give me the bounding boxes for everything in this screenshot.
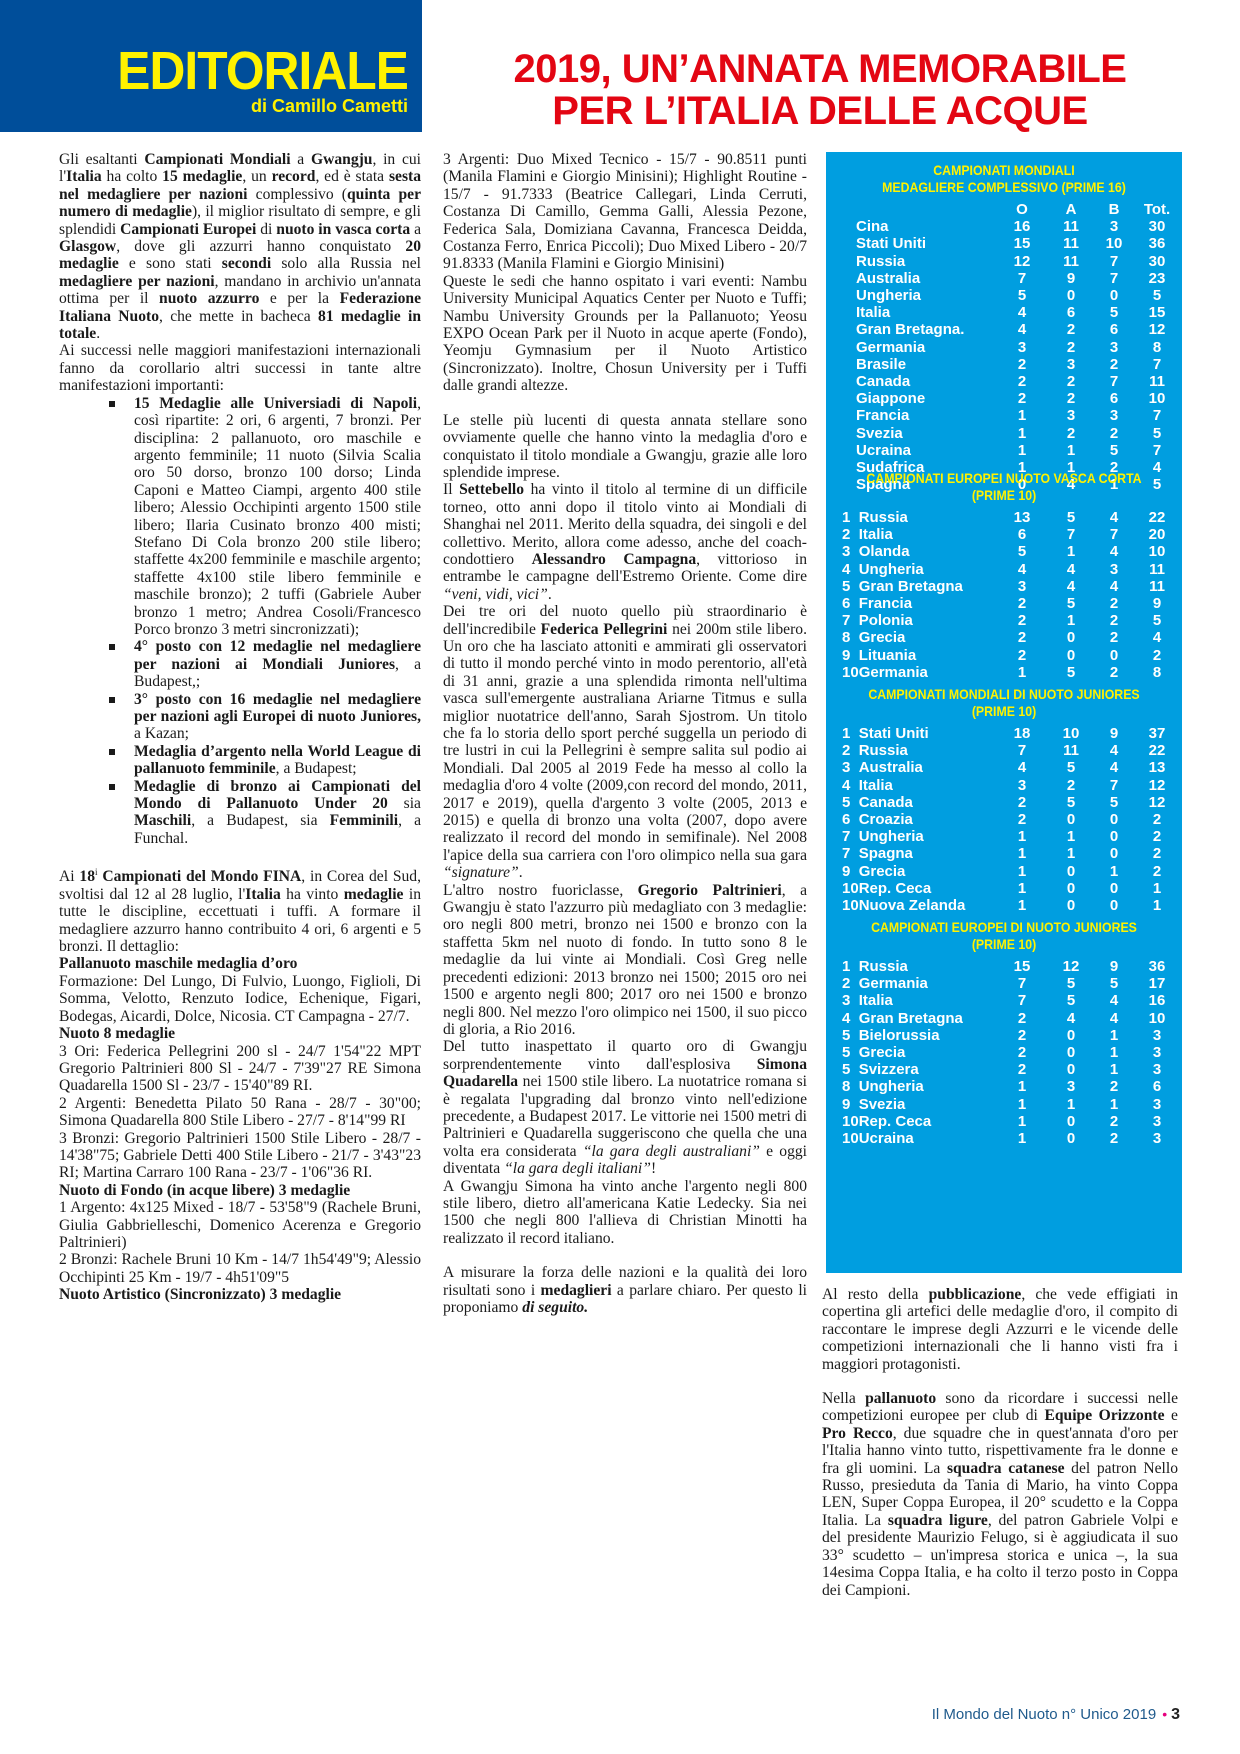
artistico-heading: Nuoto Artistico (Sincronizzato) 3 medagl… (59, 1286, 421, 1303)
table-row: 8Ungheria1326 (826, 1078, 1182, 1095)
table-row: Canada22711 (826, 373, 1182, 390)
table-row: Cina1611330 (826, 218, 1182, 235)
artistico-text: 3 Argenti: Duo Mixed Tecnico - 15/7 - 90… (443, 151, 807, 273)
table-row: Gran Bretagna.42612 (826, 321, 1182, 338)
list-item: 3° posto con 16 medaglie nel medagliere … (59, 691, 421, 743)
spacer (443, 395, 807, 412)
article-column-3: Al resto della pubblicazione, che vede e… (822, 1286, 1178, 1599)
pellegrini-paragraph: Dei tre ori del nuoto quello più straord… (443, 603, 807, 882)
spacer (443, 1247, 807, 1264)
list-item: Medaglia d’argento nella World League di… (59, 743, 421, 778)
table-row: 8Grecia2024 (826, 629, 1182, 646)
table-row: 10Rep. Ceca1001 (826, 880, 1182, 897)
publication-name: Il Mondo del Nuoto n° Unico 2019 (932, 1706, 1156, 1723)
successes-list: 15 Medaglie alle Universiadi di Napoli, … (59, 395, 421, 848)
medal-table-title: CAMPIONATI MONDIALIMEDAGLIERE COMPLESSIV… (847, 162, 1160, 196)
table-row: 1Russia135422 (826, 509, 1182, 526)
medal-table: 1Russia15129362Germania755173Italia75416… (826, 958, 1182, 1147)
fondo-heading: Nuoto di Fondo (in acque libere) 3 medag… (59, 1182, 421, 1199)
medal-table-european-juniors: CAMPIONATI EUROPEI DI NUOTO JUNIORES(PRI… (826, 919, 1182, 1147)
table-row: 3Italia75416 (826, 992, 1182, 1009)
table-row: Ungheria5005 (826, 287, 1182, 304)
spacer (822, 1373, 1178, 1390)
fondo-bronzi: 2 Bronzi: Rachele Bruni 10 Km - 14/7 1h5… (59, 1251, 421, 1286)
table-row: 10Ucraina1023 (826, 1130, 1182, 1147)
table-row: 5Grecia2013 (826, 1044, 1182, 1061)
table-row: 6Croazia2002 (826, 811, 1182, 828)
table-row: 7Polonia2125 (826, 612, 1182, 629)
intro-paragraph: Gli esaltanti Campionati Mondiali a Gwan… (59, 151, 421, 342)
stars-paragraph: Le stelle più lucenti di questa annata s… (443, 412, 807, 482)
medal-table-world: CAMPIONATI MONDIALIMEDAGLIERE COMPLESSIV… (826, 162, 1182, 493)
table-row: Italia46515 (826, 304, 1182, 321)
table-row: 10Germania1528 (826, 664, 1182, 681)
medal-table-title: CAMPIONATI EUROPEI DI NUOTO JUNIORES(PRI… (847, 919, 1160, 953)
successes-intro: Ai successi nelle maggiori manifestazion… (59, 342, 421, 394)
nuoto-heading: Nuoto 8 medaglie (59, 1025, 421, 1042)
table-row: 6Francia2529 (826, 595, 1182, 612)
medal-table-title: CAMPIONATI EUROPEI NUOTO VASCA CORTA(PRI… (847, 470, 1160, 504)
list-item: 15 Medaglie alle Universiadi di Napoli, … (59, 395, 421, 639)
editorial-banner: EDITORIALE di Camillo Cametti (0, 0, 422, 132)
table-row: Stati Uniti15111036 (826, 235, 1182, 252)
table-header-row: OABTot. (826, 201, 1182, 218)
nuoto-bronzi: 3 Bronzi: Gregorio Paltrinieri 1500 Stil… (59, 1130, 421, 1182)
nuoto-argenti: 2 Argenti: Benedetta Pilato 50 Rana - 28… (59, 1095, 421, 1130)
table-row: 7Ungheria1102 (826, 828, 1182, 845)
bullet-dot-icon: • (1162, 1706, 1167, 1722)
table-row: 9Lituania2002 (826, 647, 1182, 664)
page-number: 3 (1171, 1706, 1180, 1723)
table-row: 4Italia32712 (826, 777, 1182, 794)
table-row: 9Grecia1012 (826, 863, 1182, 880)
medal-table: 1Russia1354222Italia677203Olanda514104Un… (826, 509, 1182, 681)
table-row: 1Stati Uniti1810937 (826, 725, 1182, 742)
article-headline: 2019, UN’ANNATA MEMORABILE PER L’ITALIA … (440, 48, 1200, 132)
spacer (59, 847, 421, 864)
settebello-paragraph: Il Settebello ha vinto il titolo al term… (443, 481, 807, 603)
table-row: 3Australia45413 (826, 759, 1182, 776)
table-row: Germania3238 (826, 339, 1182, 356)
medal-table: 1Stati Uniti18109372Russia7114223Austral… (826, 725, 1182, 914)
list-item: Medaglie di bronzo ai Campionati del Mon… (59, 778, 421, 848)
table-row: Brasile2327 (826, 356, 1182, 373)
fina-paragraph: Ai 18i Campionati del Mondo FINA, in Cor… (59, 864, 421, 955)
quadarella-paragraph-2: A Gwangju Simona ha vinto anche l'argent… (443, 1178, 807, 1248)
nuoto-ori: 3 Ori: Federica Pellegrini 200 sl - 24/7… (59, 1043, 421, 1095)
medaglieri-paragraph: A misurare la forza delle nazioni e la q… (443, 1264, 807, 1316)
table-row: 2Russia711422 (826, 742, 1182, 759)
medal-table: OABTot.Cina1611330Stati Uniti15111036Rus… (826, 201, 1182, 493)
author-byline: di Camillo Cametti (60, 96, 408, 117)
table-row: Ucraina1157 (826, 442, 1182, 459)
section-title: EDITORIALE (77, 44, 408, 98)
table-row: 3Olanda51410 (826, 543, 1182, 560)
table-row: 7Spagna1102 (826, 845, 1182, 862)
table-row: 2Italia67720 (826, 526, 1182, 543)
fondo-argento: 1 Argento: 4x125 Mixed - 18/7 - 53'58"9 … (59, 1199, 421, 1251)
medal-table-title: CAMPIONATI MONDIALI DI NUOTO JUNIORES(PR… (847, 686, 1160, 720)
table-row: 10Rep. Ceca1023 (826, 1113, 1182, 1130)
headline-line-1: 2019, UN’ANNATA MEMORABILE (440, 48, 1200, 90)
table-row: 4Ungheria44311 (826, 561, 1182, 578)
table-row: 5Svizzera2013 (826, 1061, 1182, 1078)
quadarella-paragraph: Del tutto inaspettato il quarto oro di G… (443, 1038, 807, 1177)
table-row: 5Bielorussia2013 (826, 1027, 1182, 1044)
pubblicazione-paragraph: Al resto della pubblicazione, che vede e… (822, 1286, 1178, 1373)
table-row: Giappone22610 (826, 390, 1182, 407)
table-row: 1Russia1512936 (826, 958, 1182, 975)
table-row: 2Germania75517 (826, 975, 1182, 992)
paltrinieri-paragraph: L'altro nostro fuoriclasse, Gregorio Pal… (443, 882, 807, 1039)
table-row: Svezia1225 (826, 425, 1182, 442)
page-footer: Il Mondo del Nuoto n° Unico 2019•3 (920, 1706, 1180, 1724)
table-row: Australia79723 (826, 270, 1182, 287)
list-item: 4° posto con 12 medaglie nel medagliere … (59, 638, 421, 690)
medal-table-world-juniors: CAMPIONATI MONDIALI DI NUOTO JUNIORES(PR… (826, 686, 1182, 914)
table-row: 5Gran Bretagna34411 (826, 578, 1182, 595)
medal-tables-panel: CAMPIONATI MONDIALIMEDAGLIERE COMPLESSIV… (826, 152, 1182, 1273)
article-column-2: 3 Argenti: Duo Mixed Tecnico - 15/7 - 90… (443, 151, 807, 1316)
headline-line-2: PER L’ITALIA DELLE ACQUE (440, 90, 1200, 132)
pallanuoto-heading: Pallanuoto maschile medaglia d’oro (59, 955, 421, 972)
medal-table-european-short-course: CAMPIONATI EUROPEI NUOTO VASCA CORTA(PRI… (826, 470, 1182, 681)
venues-text: Queste le sedi che hanno ospitato i vari… (443, 273, 807, 395)
table-row: 4Gran Bretagna24410 (826, 1010, 1182, 1027)
pallanuoto-club-paragraph: Nella pallanuoto sono da ricordare i suc… (822, 1390, 1178, 1599)
table-row: 10Nuova Zelanda1001 (826, 897, 1182, 914)
article-column-1: Gli esaltanti Campionati Mondiali a Gwan… (59, 151, 421, 1304)
table-row: Russia1211730 (826, 253, 1182, 270)
pallanuoto-text: Formazione: Del Lungo, Di Fulvio, Luongo… (59, 973, 421, 1025)
table-row: Francia1337 (826, 407, 1182, 424)
table-row: 9Svezia1113 (826, 1096, 1182, 1113)
table-row: 5Canada25512 (826, 794, 1182, 811)
